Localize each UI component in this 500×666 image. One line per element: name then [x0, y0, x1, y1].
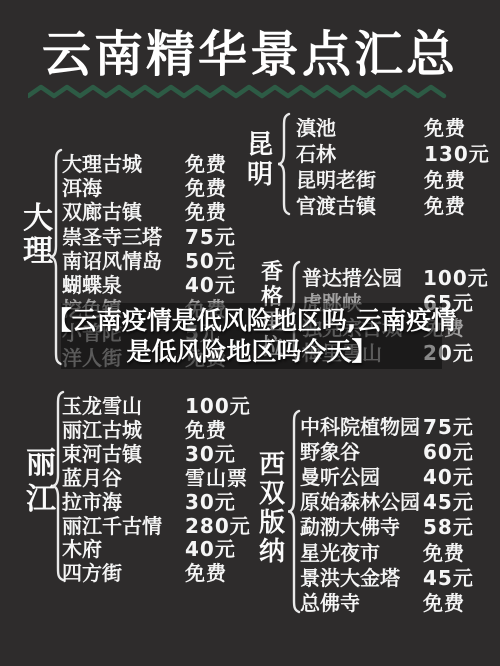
attraction-price: 免费 [424, 112, 466, 141]
attraction-row: 玉龙雪山100元 [62, 390, 297, 414]
region-label-char: 版 [254, 509, 290, 538]
attraction-price: 130元 [424, 138, 490, 167]
attraction-price: 免费 [424, 190, 466, 219]
attraction-name: 官渡古镇 [296, 194, 376, 218]
overlay-line-2: 是低风险地区吗今天】 [126, 336, 376, 367]
attraction-row: 洱海免费 [62, 172, 297, 196]
attraction-row: 普达措公园100元 [302, 262, 500, 286]
region-label-char: 双 [254, 480, 290, 509]
attraction-row: 大理古城免费 [62, 148, 297, 172]
attraction-name: 四方街 [62, 561, 122, 585]
region-label-char: 西 [254, 451, 290, 480]
wave-underline-decoration [28, 80, 452, 104]
attraction-name: 昆明老街 [296, 168, 376, 192]
attraction-price: 免费 [424, 164, 466, 193]
attraction-row: 石林130元 [296, 138, 500, 162]
attraction-row: 滇池免费 [296, 112, 500, 136]
attraction-price: 免费 [185, 557, 227, 586]
attraction-row: 曼听公园40元 [300, 461, 500, 485]
attraction-row: 中科院植物园75元 [300, 411, 500, 435]
page-title: 云南精华景点汇总 [0, 16, 500, 86]
attraction-row: 原始森林公园45元 [300, 486, 500, 510]
attraction-row: 昆明老街免费 [296, 164, 500, 188]
attraction-row: 丽江古城免费 [62, 414, 297, 438]
attraction-row: 双廊古镇免费 [62, 196, 297, 220]
attraction-row: 总佛寺免费 [300, 587, 500, 611]
attraction-row: 景洪大金塔45元 [300, 562, 500, 586]
overlay-line-1: 【云南疫情是低风险地区吗,云南疫情 [47, 305, 457, 336]
attraction-name: 石林 [296, 142, 336, 166]
attraction-price: 免费 [423, 587, 465, 616]
attraction-row: 勐泐大佛寺58元 [300, 511, 500, 535]
poster: 云南精华景点汇总 昆明滇池免费石林130元昆明老街免费官渡古镇免费 大理大理古城… [0, 0, 500, 666]
xishuangbanna-region-label: 西双版纳 [254, 451, 290, 567]
attraction-row: 野象谷60元 [300, 436, 500, 460]
region-label-char: 香 [254, 260, 290, 285]
attraction-row: 官渡古镇免费 [296, 190, 500, 214]
region-label-char: 纳 [254, 538, 290, 567]
attraction-name: 总佛寺 [300, 591, 360, 615]
attraction-name: 滇池 [296, 116, 336, 140]
attraction-row: 崇圣寺三塔75元 [62, 221, 297, 245]
attraction-row: 星光夜市免费 [300, 537, 500, 561]
covid-risk-overlay-banner: 【云南疫情是低风险地区吗,云南疫情 是低风险地区吗今天】 [61, 303, 442, 369]
